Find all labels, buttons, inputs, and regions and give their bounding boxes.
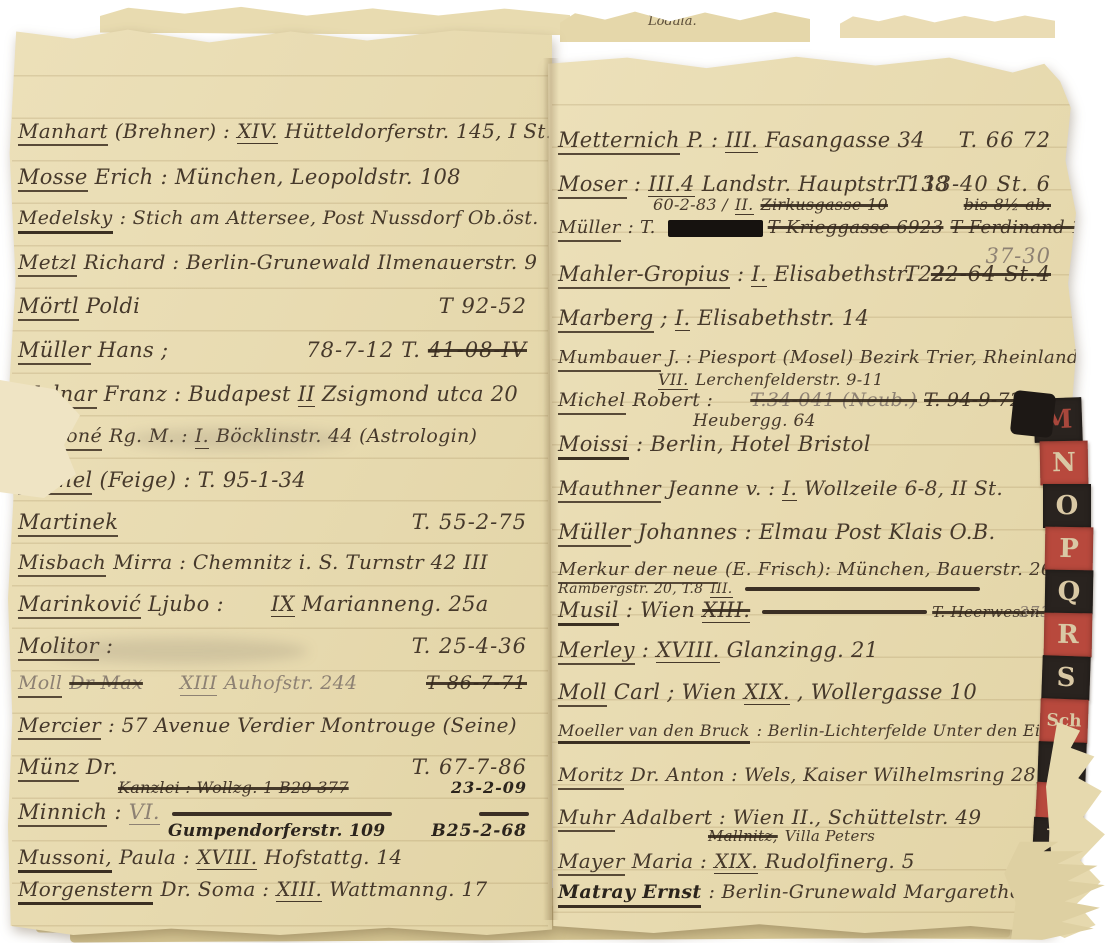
- entry-text: 22-64 St.4: [931, 262, 1051, 286]
- entry-text: XVIII.: [197, 846, 258, 870]
- address-entry: 60-2-83 /II.Zirkusgasse 10bis 8½ ab.: [653, 196, 1058, 215]
- entry-text: II: [298, 382, 315, 407]
- entry-text: Dr. Anton : Wels, Kaiser Wilhelmsring 28…: [631, 765, 1071, 787]
- index-tab-N[interactable]: N: [1040, 441, 1089, 486]
- entry-text: Johannes : Elmau Post Klais O.B.: [638, 520, 996, 544]
- entry-name: Moll: [558, 680, 607, 707]
- index-tab-Q[interactable]: Q: [1045, 570, 1094, 615]
- entry-name: Moritz: [558, 765, 624, 790]
- entry-name: Mosse: [18, 165, 88, 192]
- entry-phone: 78-7-12T.41-08-IV: [306, 338, 534, 362]
- entry-text: J. : Piesport (Mosel) Bezirk Trier, Rhei…: [668, 348, 1079, 369]
- entry-name: Mörtl: [18, 294, 79, 321]
- entry-text: Jeanne v. :: [668, 477, 775, 500]
- entry-text: bis 8½ ab.: [964, 196, 1051, 214]
- strike-scribble: [172, 812, 392, 816]
- entry-text: Kanzlei : Wollzg. 1 B29 377: [118, 779, 349, 797]
- entry-text: Richard : Berlin-Grunewald Ilmenauerstr.…: [84, 251, 537, 274]
- strike-scribble: [762, 610, 927, 614]
- entry-text: Hütteldorferstr. 145, I St.: [285, 120, 553, 143]
- entry-phone: T. 13-40 St. 6: [896, 172, 1058, 196]
- entry-text: Villa Peters: [785, 828, 875, 845]
- entry-text: Zirkusgasse 10: [761, 196, 888, 214]
- address-entry: MartinekT. 55-2-75: [18, 510, 534, 537]
- entry-text: :: [737, 262, 744, 286]
- entry-text: T. 13-40 St. 6: [896, 172, 1051, 196]
- address-entry: MosseErich : München, Leopoldstr. 108: [18, 165, 534, 192]
- entry-name: Mauthner: [558, 477, 661, 503]
- entry-text: Marianneng. 25a: [302, 592, 489, 616]
- entry-name: Moser: [558, 172, 627, 199]
- index-tab-O[interactable]: O: [1043, 484, 1091, 528]
- entry-text: Fasangasse 34: [765, 128, 925, 152]
- entry-text: Erich : München, Leopoldstr. 108: [95, 165, 461, 189]
- strike-scribble: [745, 587, 980, 591]
- entry-text: (E. Frisch): München, Bauerstr. 26: [725, 560, 1053, 581]
- entry-text: Wattmanng. 17: [329, 878, 487, 901]
- entry-text: Heubergg. 64: [693, 412, 816, 432]
- address-entry: VII.Lerchenfelderstr. 9-11: [658, 371, 1058, 390]
- torn-paper-fragment: [840, 14, 1055, 38]
- address-entry: Moeller van den Bruck: Berlin-Lichterfel…: [558, 722, 1058, 744]
- entry-text: IX: [271, 592, 295, 617]
- address-entry: Medelsky: Stich am Attersee, Post Nussdo…: [18, 208, 534, 234]
- entry-text: Gumpendorferstr. 109: [168, 822, 385, 842]
- address-entry: MollCarl ; WienXIX., Wollergasse 10: [558, 680, 1058, 707]
- entry-text: VI.: [129, 800, 160, 825]
- entry-name: Moissi: [558, 432, 629, 460]
- entry-name: Musil: [558, 598, 619, 626]
- right-page-entries: MetternichP. :III.Fasangasse 34T. 66 72M…: [548, 55, 1076, 933]
- address-entry: MorgensternDr. Soma :XIII.Wattmanng. 17: [18, 878, 534, 905]
- entry-name: Müller: [558, 218, 621, 242]
- address-entry: Musil: WienXIII.T. Heerwesen Klappe373: [558, 598, 1058, 626]
- ink-blot: [1010, 390, 1056, 438]
- entry-phone: T. 55-2-75: [412, 510, 534, 534]
- ink-redaction: [668, 220, 763, 237]
- entry-text: B25-2-68: [431, 822, 527, 842]
- entry-text: T. 67-7-86: [412, 755, 527, 779]
- entry-text: VII.: [658, 371, 688, 390]
- entry-text: Franz : Budapest: [104, 382, 291, 406]
- address-entry: Müller: T.T Krieggasse 6923T Ferdinand 1…: [558, 218, 1058, 242]
- entry-name: Metzl: [18, 251, 77, 277]
- entry-name: Minnich: [18, 800, 107, 827]
- entry-text: Rudolfinerg. 5: [765, 850, 915, 873]
- address-entry: MolnarFranz : BudapestIIZsigmond utca 20: [18, 382, 534, 409]
- index-tab-S[interactable]: S: [1041, 655, 1091, 701]
- entry-text: 78-7-12: [306, 338, 394, 362]
- entry-text: XIII.: [702, 598, 750, 623]
- entry-phone: T 86-7-71: [426, 673, 534, 695]
- entry-text: :: [634, 172, 641, 196]
- entry-text: Dr.: [86, 755, 118, 779]
- address-entry: MoritzDr. Anton : Wels, Kaiser Wilhelmsr…: [558, 765, 1058, 790]
- entry-text: XIV.: [237, 120, 278, 144]
- torn-paper-fragment: Lodala.: [560, 10, 810, 42]
- address-entry: MörtlPoldiT 92-52: [18, 294, 534, 321]
- entry-name: Martinek: [18, 510, 118, 537]
- index-tab-P[interactable]: P: [1045, 527, 1094, 572]
- entry-text: T 92-52: [439, 294, 527, 318]
- entry-name: Mussoni,: [18, 846, 112, 873]
- entry-text: I.: [751, 262, 767, 287]
- address-entry: Heubergg. 64: [693, 412, 1058, 432]
- entry-name: Medelsky: [18, 208, 113, 234]
- entry-name: Müller: [18, 338, 91, 365]
- entry-phone: 23-2-09: [451, 779, 534, 797]
- address-entry: MumbauerJ. : Piesport (Mosel) Bezirk Tri…: [558, 348, 1058, 372]
- entry-name: Matray Ernst: [558, 882, 701, 908]
- entry-text: XIII.: [276, 878, 322, 902]
- entry-name: Mercier: [18, 714, 101, 740]
- entry-text: III.: [725, 128, 758, 153]
- address-entry: Mussoni,Paula :XVIII.Hofstattg. 14: [18, 846, 534, 873]
- entry-phone: T. 66 72: [959, 128, 1058, 152]
- entry-text: XIX.: [714, 850, 758, 874]
- entry-text: Wollzeile 6-8, II St.: [804, 477, 1003, 500]
- entry-name: Merley: [558, 638, 635, 665]
- entry-text: P. :: [687, 128, 719, 152]
- entry-name: Manhart: [18, 120, 108, 146]
- entry-name: Moeller van den Bruck: [558, 722, 750, 744]
- entry-phone: bis 8½ ab.: [964, 196, 1058, 214]
- address-entry: MüllerJohannes : Elmau Post Klais O.B.: [558, 520, 1058, 547]
- entry-text: T. 25-4-36: [412, 634, 527, 658]
- entry-name: Michel: [558, 390, 626, 415]
- entry-text: Adalbert : Wien II., Schüttelstr. 49: [622, 806, 981, 829]
- entry-phone: T. 25-4-36: [412, 634, 534, 658]
- entry-text: I.: [782, 477, 797, 501]
- entry-text: T.: [401, 338, 421, 362]
- entry-text: Maria :: [632, 850, 707, 873]
- entry-text: T Ferdinand 19-3-5: [950, 218, 1110, 239]
- entry-text: : T.: [628, 218, 656, 239]
- entry-text: T. 66 72: [959, 128, 1051, 152]
- entry-name: Marberg: [558, 306, 654, 333]
- entry-text: (Feige) : T. 95-1-34: [99, 468, 306, 492]
- entry-text: Mirra : Chemnitz i. S. Turnstr 42 III: [113, 551, 488, 574]
- entry-text: XVIII.: [656, 638, 719, 663]
- address-entry: Marberg;I.Elisabethstr. 14: [558, 306, 1058, 333]
- left-page-entries: Manhart(Brehner) :XIV.Hütteldorferstr. 1…: [8, 26, 552, 935]
- entry-phone: B25-2-68: [431, 822, 534, 842]
- entry-text: Paula :: [119, 846, 190, 869]
- entry-text: Carl ; Wien: [614, 680, 737, 704]
- address-entry: Mahler-Gropius:I.Elisabethstr. 22T.22-64…: [558, 262, 1058, 289]
- entry-text: XIII: [180, 673, 217, 696]
- entry-name: Müller: [558, 520, 631, 547]
- left-page: Manhart(Brehner) :XIV.Hütteldorferstr. 1…: [8, 26, 552, 935]
- entry-text: Glanzingg. 21: [727, 638, 879, 662]
- address-entry: Merley:XVIII.Glanzingg. 21: [558, 638, 1058, 665]
- entry-name: Misbach: [18, 551, 106, 577]
- entry-text: Mallnitz,: [708, 828, 778, 845]
- entry-text: T. 94-9-72: [924, 390, 1022, 412]
- entry-text: :: [642, 638, 649, 662]
- entry-phone: T. 67-7-86: [412, 755, 534, 779]
- entry-text: Robert :: [633, 390, 714, 412]
- entry-text: T 86-7-71: [426, 673, 527, 695]
- entry-text: , Wollergasse 10: [797, 680, 977, 704]
- entry-name: Metternich: [558, 128, 680, 155]
- address-book-scan: Lodala. Manhart(Brehner) :XIV.Hütteldorf…: [0, 0, 1110, 943]
- address-entry: MauthnerJeanne v. :I.Wollzeile 6-8, II S…: [558, 477, 1058, 503]
- entry-text: II.: [735, 196, 754, 215]
- index-tab-R[interactable]: R: [1044, 613, 1093, 658]
- smudge: [128, 428, 348, 450]
- entry-text: ;: [661, 306, 668, 330]
- entry-text: Rambergstr. 20, T.8: [558, 581, 703, 597]
- entry-text: Elisabethstr. 14: [697, 306, 869, 330]
- strike-scribble: [479, 812, 529, 816]
- address-entry: MetzlRichard : Berlin-Grunewald Ilmenaue…: [18, 251, 534, 277]
- entry-text: 41-08-IV: [428, 338, 527, 362]
- address-entry: MarinkovićLjubo :IXMarianneng. 25a: [18, 592, 534, 619]
- entry-text: III.4: [648, 172, 694, 197]
- entry-text: Hofstattg. 14: [264, 846, 402, 869]
- address-entry: Gumpendorferstr. 109B25-2-68: [168, 822, 534, 842]
- entry-text: Dr. Soma :: [160, 878, 269, 901]
- scrap-handwriting: Lodala.: [648, 14, 697, 29]
- entry-text: T. 55-2-75: [412, 510, 527, 534]
- entry-name: Marinković: [18, 592, 141, 619]
- entry-text: 23-2-09: [451, 779, 527, 797]
- entry-text: Lerchenfelderstr. 9-11: [695, 371, 883, 389]
- entry-text: T.34-041 (Neub.): [750, 390, 917, 412]
- address-entry: MüllerHans ;78-7-12T.41-08-IV: [18, 338, 534, 365]
- entry-phone: T 92-52: [439, 294, 534, 318]
- address-entry: Moissi: Berlin, Hotel Bristol: [558, 432, 1058, 460]
- entry-text: : Stich am Attersee, Post Nussdorf Ob.ös…: [120, 208, 539, 230]
- address-entry: Matray Ernst: Berlin-Grunewald Margareth…: [558, 882, 1058, 908]
- entry-text: Ljubo :: [148, 592, 224, 616]
- entry-text: Zsigmond utca 20: [322, 382, 518, 406]
- entry-name: Mayer: [558, 850, 625, 876]
- entry-text: XIX.: [744, 680, 790, 705]
- entry-text: 60-2-83 /: [653, 196, 728, 214]
- entry-text: I.: [675, 306, 691, 331]
- entry-text: III.: [710, 581, 732, 598]
- address-entry: Mercier: 57 Avenue Verdier Montrouge (Se…: [18, 714, 534, 740]
- entry-name: Muhr: [558, 806, 615, 832]
- address-entry: MisbachMirra : Chemnitz i. S. Turnstr 42…: [18, 551, 534, 577]
- entry-text: :: [114, 800, 121, 824]
- entry-text: Poldi: [86, 294, 140, 318]
- address-entry: Rambergstr. 20, T.8III.: [558, 581, 1058, 598]
- entry-text: Auhofstr. 244: [224, 673, 357, 695]
- entry-text: T Krieggasse 6923: [768, 218, 944, 239]
- address-entry: MayerMaria :XIX.Rudolfinerg. 5: [558, 850, 1058, 876]
- entry-text: Dr Max: [69, 673, 143, 695]
- right-page: MetternichP. :III.Fasangasse 34T. 66 72M…: [548, 55, 1076, 933]
- entry-text: (Brehner) :: [115, 120, 230, 143]
- address-entry: MetternichP. :III.Fasangasse 34T. 66 72: [558, 128, 1058, 155]
- entry-name: Mahler-Gropius: [558, 262, 730, 289]
- entry-name: Morgenstern: [18, 878, 153, 905]
- entry-name: Mumbauer: [558, 348, 661, 372]
- address-entry: Michel(Feige) : T. 95-1-34: [18, 468, 534, 495]
- address-entry: Kanzlei : Wollzg. 1 B29 37723-2-09: [118, 779, 534, 797]
- entry-text: : Wien: [626, 598, 695, 622]
- address-entry: Manhart(Brehner) :XIV.Hütteldorferstr. 1…: [18, 120, 534, 146]
- entry-name: Münz: [18, 755, 79, 782]
- smudge: [48, 638, 308, 664]
- entry-phone: T.22-64 St.4: [904, 262, 1058, 286]
- entry-text: T.: [904, 262, 924, 286]
- address-entry: MollDr MaxXIIIAuhofstr. 244T 86-7-71: [18, 673, 534, 698]
- entry-text: Hans ;: [98, 338, 169, 362]
- entry-text: : Berlin, Hotel Bristol: [636, 432, 871, 456]
- entry-text: : 57 Avenue Verdier Montrouge (Seine): [108, 714, 517, 737]
- address-entry: Mallnitz,Villa Peters: [708, 828, 1058, 845]
- entry-name: Moll: [18, 673, 62, 698]
